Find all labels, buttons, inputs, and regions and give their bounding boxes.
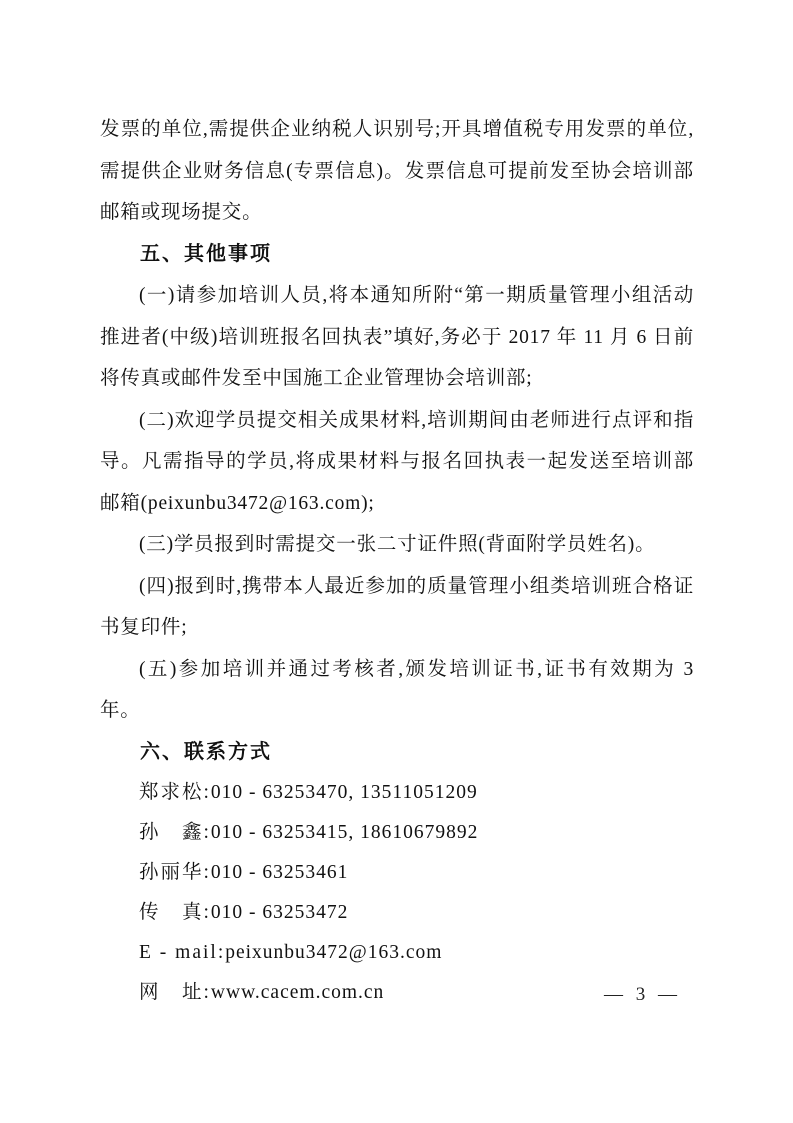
contact-row-sunxin: 孙 鑫:010 - 63253415, 18610679892 bbox=[100, 813, 694, 853]
contact-row-email: E - mail:peixunbu3472@163.com bbox=[100, 933, 694, 973]
document-page: 发票的单位,需提供企业纳税人识别号;开具增值税专用发票的单位,需提供企业财务信息… bbox=[0, 0, 793, 1123]
page-number: — 3 — bbox=[0, 984, 681, 1006]
contact-phone: 010 - 63253415, 18610679892 bbox=[211, 822, 479, 843]
other-matters-item-2: (二)欢迎学员提交相关成果材料,培训期间由老师进行点评和指导。凡需指导的学员,将… bbox=[100, 400, 694, 525]
contact-row-sunlihua: 孙丽华:010 - 63253461 bbox=[100, 853, 694, 893]
other-matters-item-1: (一)请参加培训人员,将本通知所附“第一期质量管理小组活动推进者(中级)培训班报… bbox=[100, 275, 694, 400]
fax-label: 传 真: bbox=[139, 902, 211, 923]
contact-list: 郑求松:010 - 63253470, 13511051209 孙 鑫:010 … bbox=[100, 773, 694, 1013]
other-matters-item-3: (三)学员报到时需提交一张二寸证件照(背面附学员姓名)。 bbox=[100, 524, 694, 566]
contact-phone: 010 - 63253461 bbox=[211, 862, 349, 883]
other-matters-item-5: (五)参加培训并通过考核者,颁发培训证书,证书有效期为 3 年。 bbox=[100, 649, 694, 732]
contact-name: 郑求松: bbox=[139, 782, 211, 803]
section-heading-contact: 六、联系方式 bbox=[100, 732, 694, 774]
contact-row-zhengqiusong: 郑求松:010 - 63253470, 13511051209 bbox=[100, 773, 694, 813]
document-body: 发票的单位,需提供企业纳税人识别号;开具增值税专用发票的单位,需提供企业财务信息… bbox=[100, 109, 694, 1013]
email-address: peixunbu3472@163.com bbox=[225, 942, 442, 963]
contact-row-fax: 传 真:010 - 63253472 bbox=[100, 893, 694, 933]
email-label: E - mail: bbox=[139, 942, 225, 963]
fax-number: 010 - 63253472 bbox=[211, 902, 349, 923]
other-matters-item-4: (四)报到时,携带本人最近参加的质量管理小组类培训班合格证书复印件; bbox=[100, 566, 694, 649]
contact-name: 孙 鑫: bbox=[139, 822, 211, 843]
section-heading-other-matters: 五、其他事项 bbox=[100, 234, 694, 276]
contact-phone: 010 - 63253470, 13511051209 bbox=[211, 782, 478, 803]
contact-name: 孙丽华: bbox=[139, 862, 211, 883]
paragraph-invoice-continuation: 发票的单位,需提供企业纳税人识别号;开具增值税专用发票的单位,需提供企业财务信息… bbox=[100, 109, 694, 234]
